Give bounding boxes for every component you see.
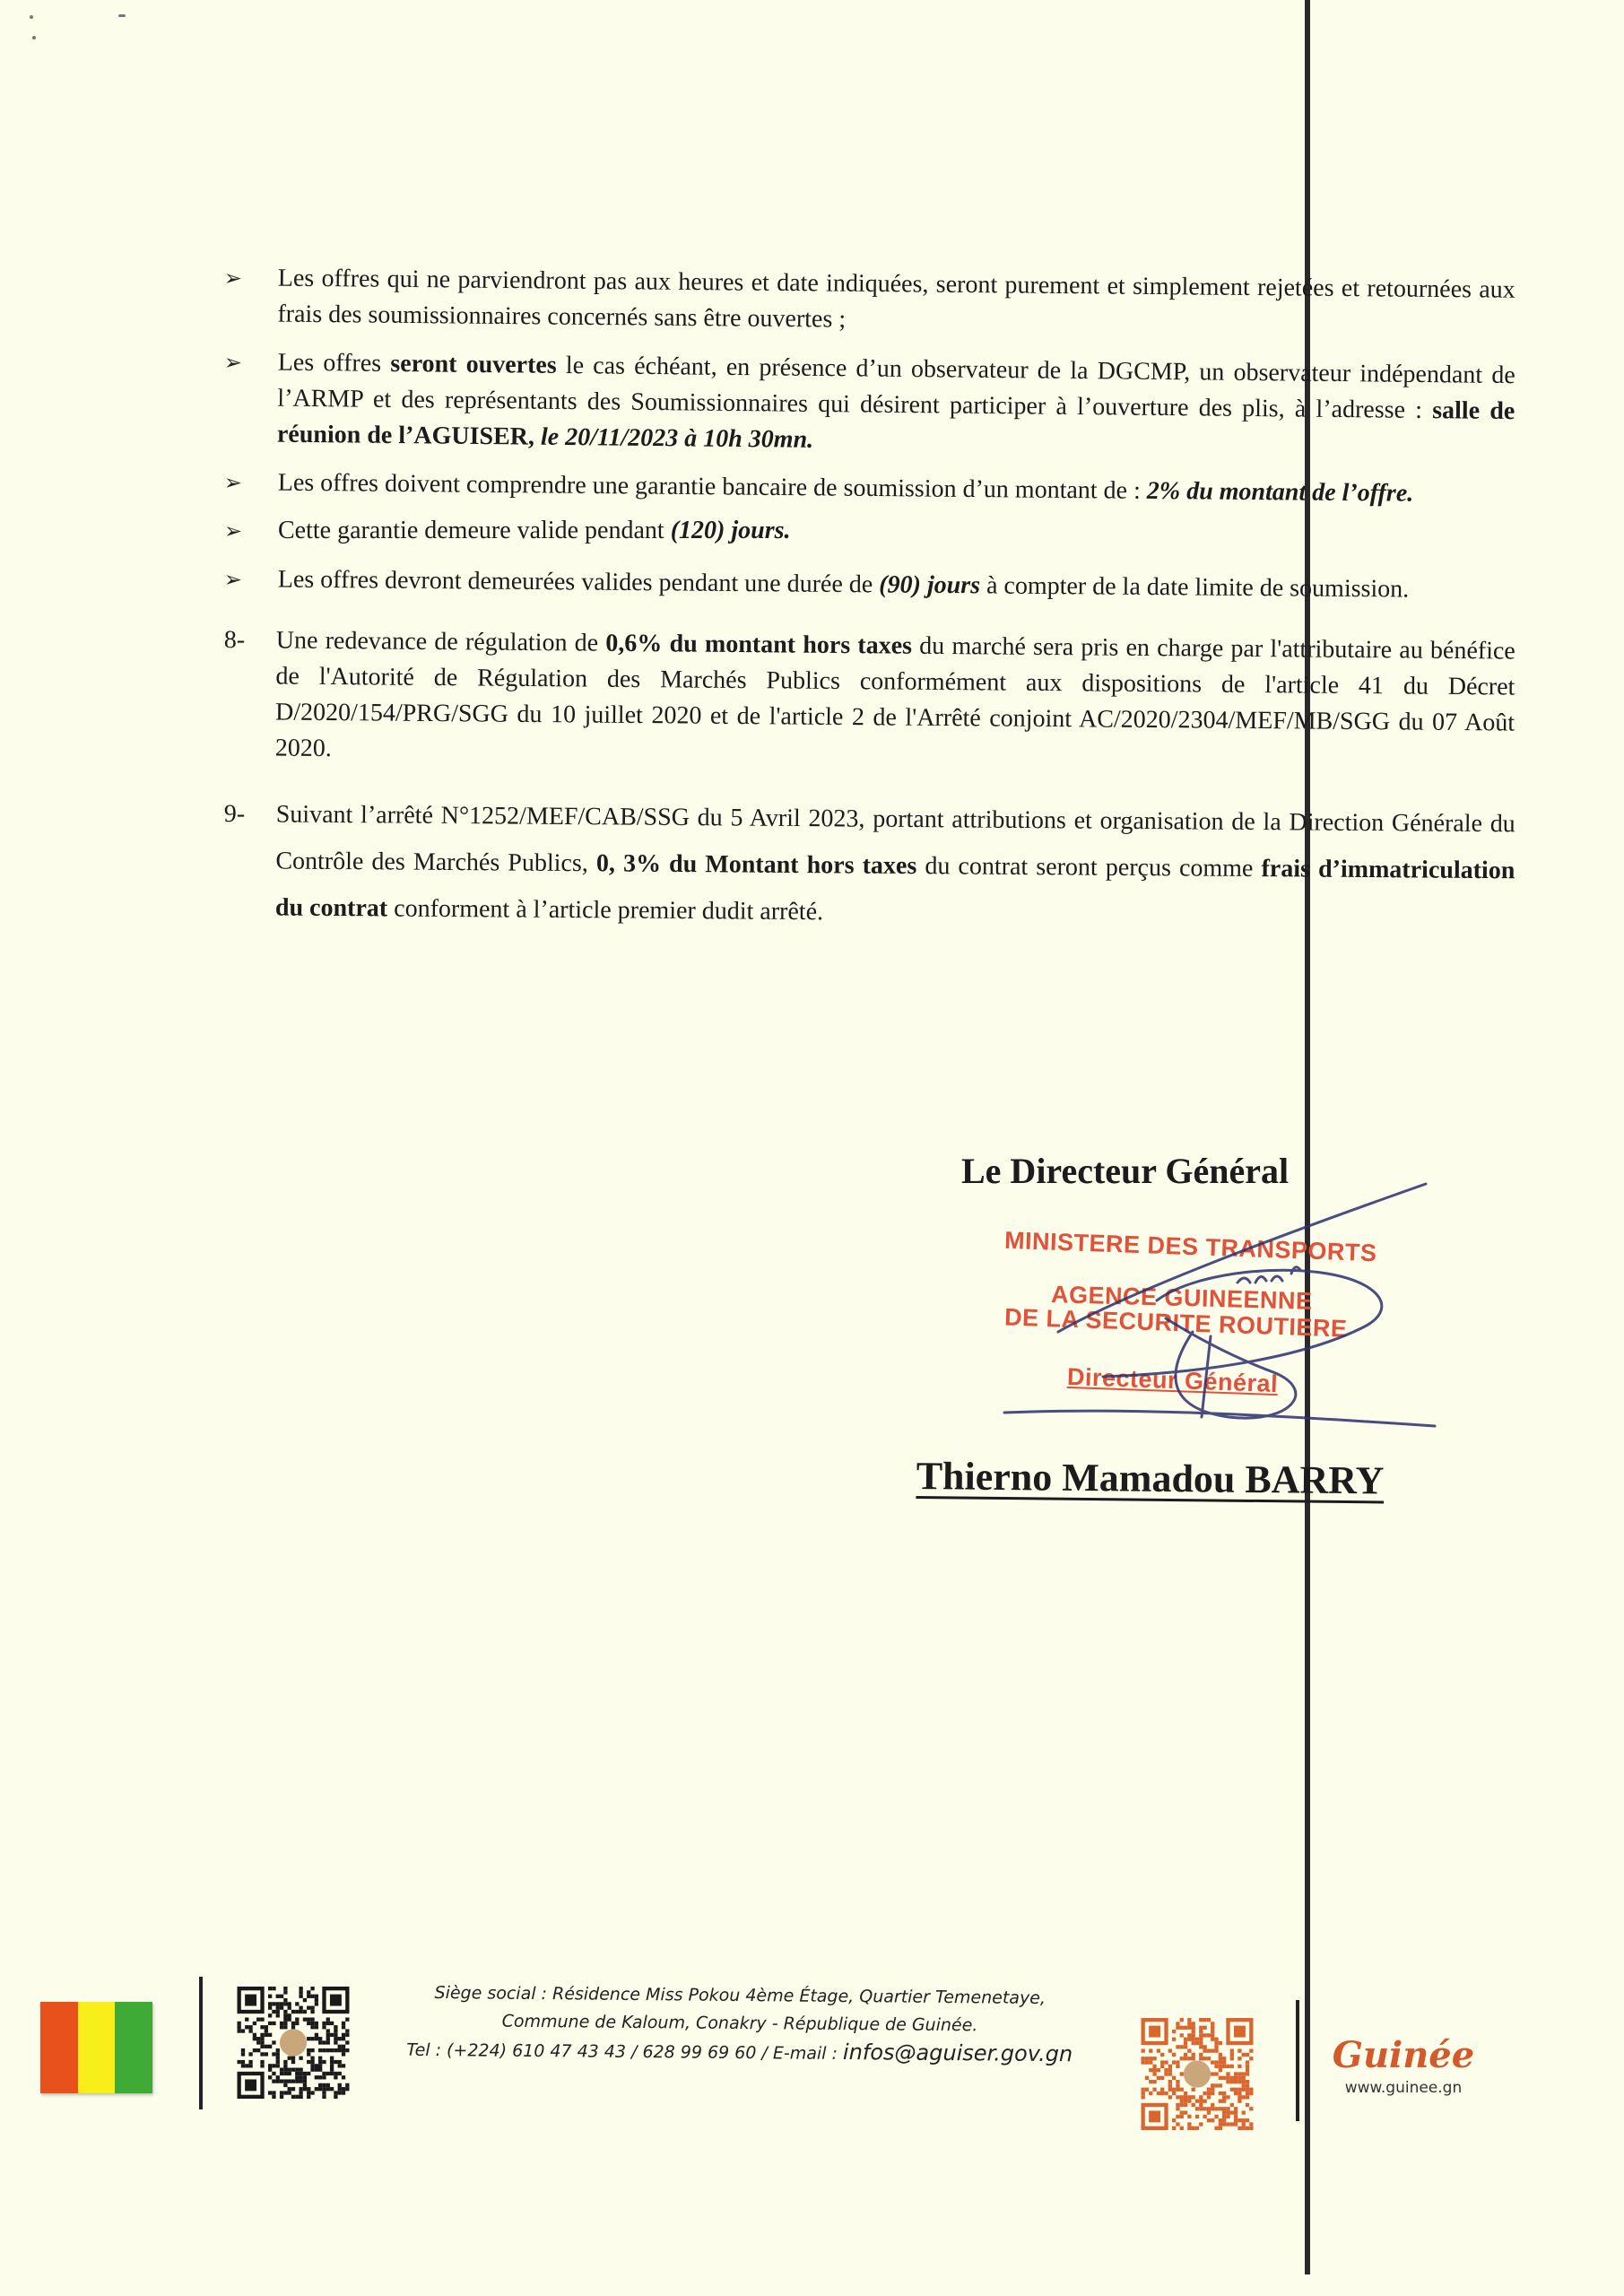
numbered-clause: 9-Suivant l’arrêté N°1252/MEF/CAB/SSG du… (223, 791, 1515, 941)
bullet-item: ➢Les offres qui ne parviendront pas aux … (223, 260, 1515, 344)
clause-number: 9- (224, 791, 246, 838)
numbered-clause: 8-Une redevance de régulation de 0,6% du… (223, 622, 1515, 778)
footer-divider (199, 1977, 203, 2109)
contact-email[interactable]: infos@aguiser.gov.gn (843, 2039, 1073, 2066)
bullet-list: ➢Les offres qui ne parviendront pas aux … (224, 260, 1515, 597)
arrow-bullet-icon: ➢ (224, 344, 243, 380)
flag-yellow-stripe (78, 2002, 116, 2093)
brand-word: Guinée (1332, 2036, 1475, 2075)
numbered-list: 8-Une redevance de régulation de 0,6% du… (224, 622, 1515, 931)
bullet-item: ➢Les offres doivent comprendre une garan… (224, 465, 1515, 513)
footer-divider (1296, 2000, 1299, 2121)
contact-line: Tel : (+224) 610 47 43 43 / 628 99 69 60… (368, 2034, 1112, 2070)
footer-address: Siège social : Résidence Miss Pokou 4ème… (368, 1979, 1113, 2070)
arrow-bullet-icon: ➢ (224, 260, 242, 296)
scan-artifact (118, 14, 126, 17)
bullet-item: ➢Les offres devront demeurées valides pe… (224, 561, 1515, 609)
qr-code-icon (230, 1987, 356, 2099)
scan-artifact (32, 36, 36, 39)
bullet-item: ➢Cette garantie demeure valide pendant (… (224, 513, 1515, 549)
brand-url[interactable]: www.guinee.gn (1332, 2079, 1475, 2097)
document-body: ➢Les offres qui ne parviendront pas aux … (224, 260, 1515, 931)
qr-code-icon (1134, 2018, 1260, 2130)
signatory-name: Thierno Mamadou BARRY (916, 1453, 1384, 1503)
letterhead-footer: Siège social : Résidence Miss Pokou 4ème… (0, 1964, 1624, 2135)
arrow-bullet-icon: ➢ (224, 465, 242, 500)
flag-red-stripe (40, 2002, 78, 2093)
flag-green-stripe (115, 2002, 152, 2093)
arrow-bullet-icon: ➢ (224, 513, 242, 549)
clause-number: 8- (224, 622, 246, 658)
contact-phones: Tel : (+224) 610 47 43 43 / 628 99 69 60… (406, 2040, 843, 2064)
scan-artifact (30, 15, 33, 19)
guinee-brand-logo: Guinée www.guinee.gn (1332, 2036, 1475, 2097)
handwritten-signature-icon (897, 1139, 1453, 1462)
bullet-item: ➢Les offres seront ouvertes le cas échéa… (223, 344, 1515, 465)
arrow-bullet-icon: ➢ (224, 561, 242, 597)
guinea-flag-icon (40, 2002, 152, 2093)
